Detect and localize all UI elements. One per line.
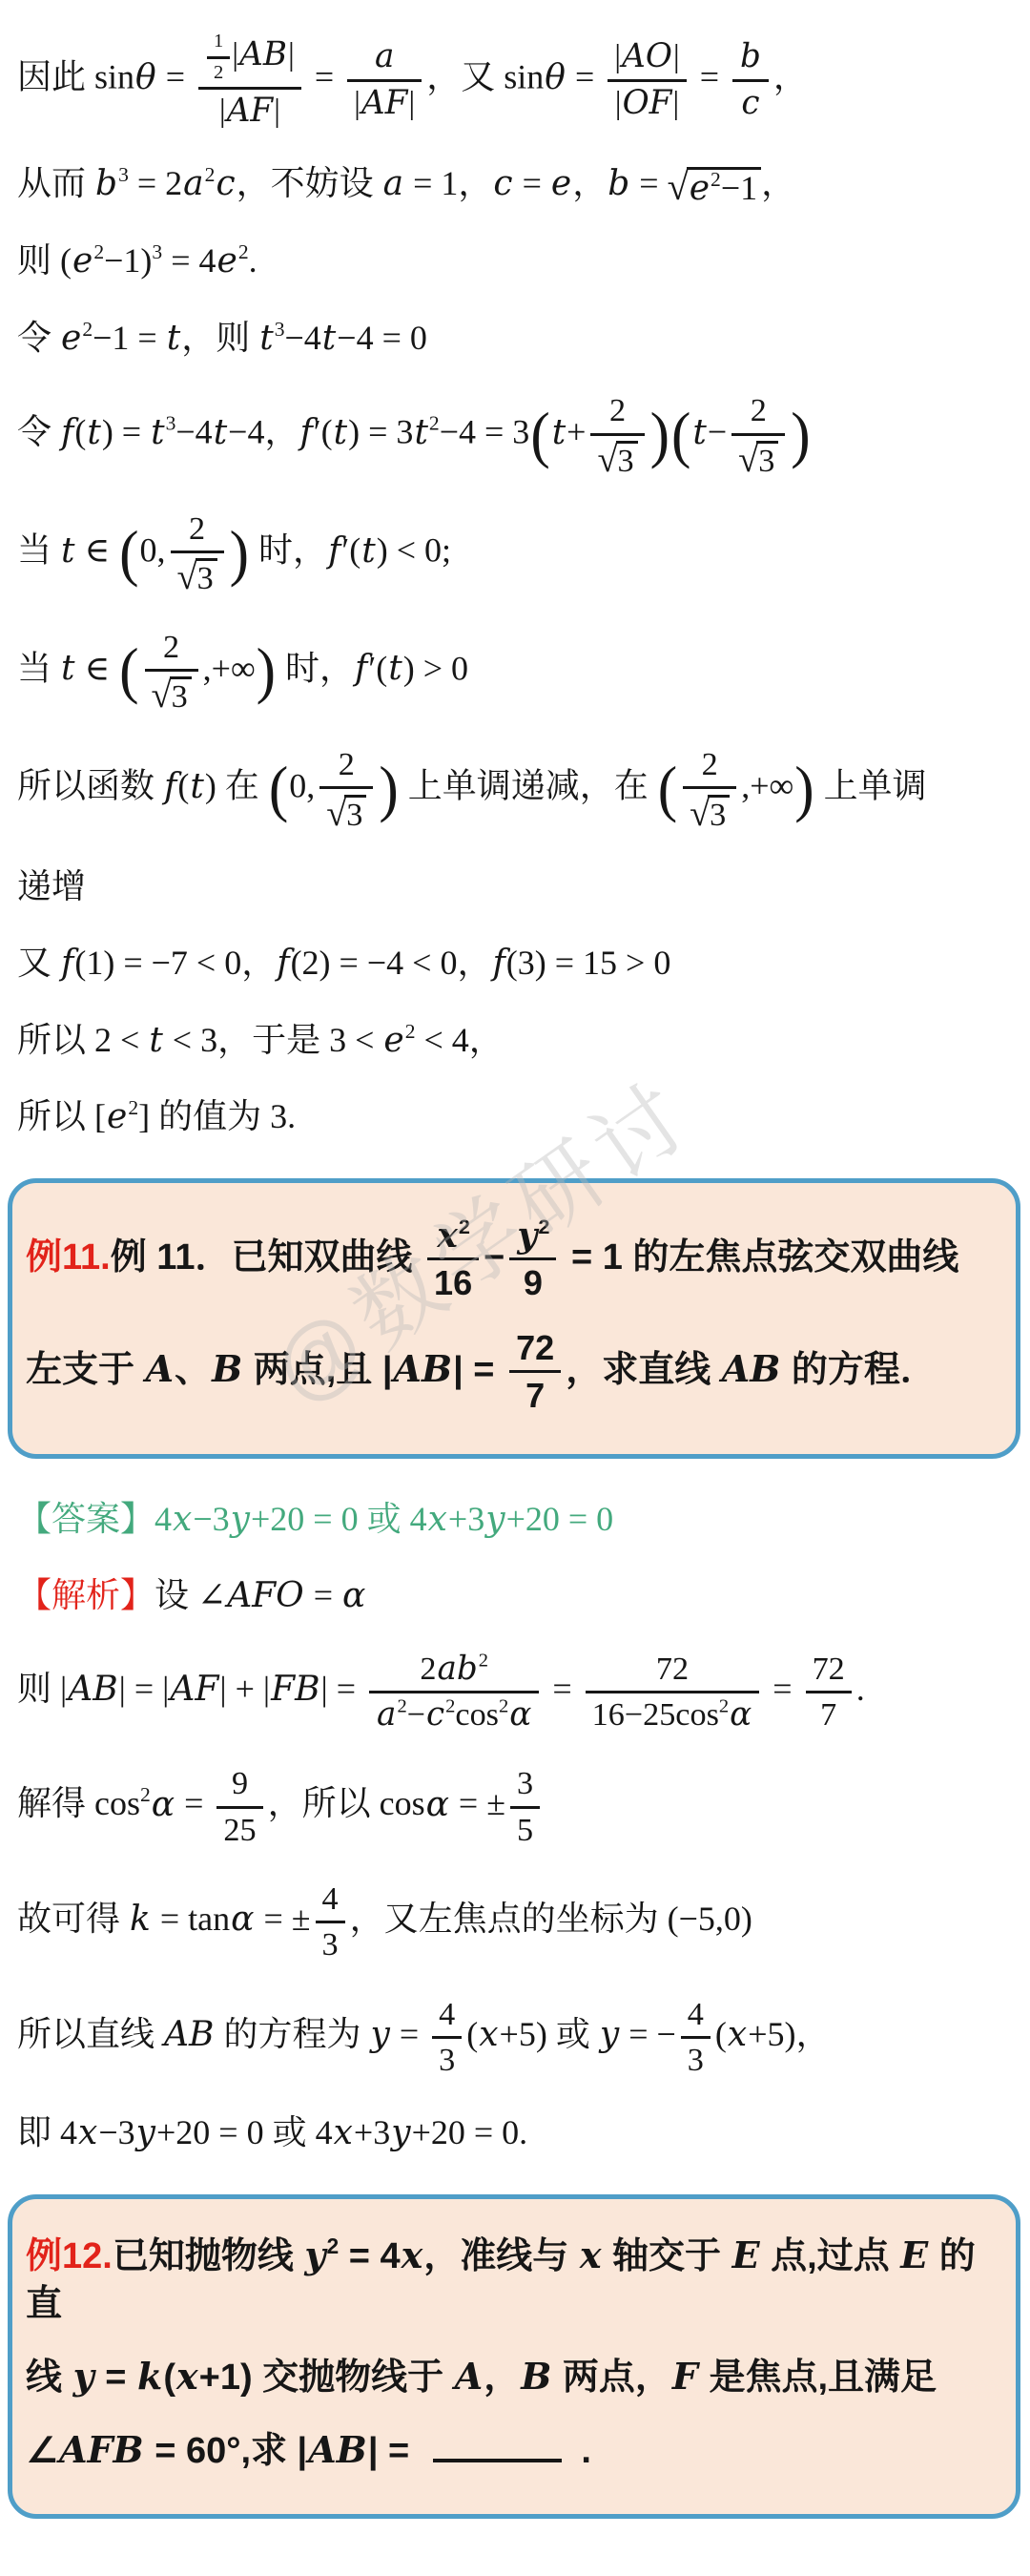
math-variable: t bbox=[166, 319, 181, 358]
text-run: = bbox=[544, 1670, 580, 1708]
fraction: 2√3 bbox=[731, 392, 785, 479]
math-variable: x bbox=[333, 2113, 354, 2152]
square-root: √3 bbox=[738, 441, 778, 479]
text-run: | + | bbox=[219, 1670, 270, 1708]
fraction-denominator: 5 bbox=[510, 1809, 540, 1849]
math-line: 当 t ∈ (2√3,+∞) 时，f′(t) > 0 bbox=[17, 629, 1011, 716]
math-line: 故可得 k = tanα = ±43，又左焦点的坐标为 (−5,0) bbox=[17, 1880, 1011, 1964]
text-run: 1 bbox=[214, 31, 223, 52]
math-variable: AB bbox=[238, 35, 288, 73]
fraction: 2ab2a2−c2cos2α bbox=[369, 1651, 539, 1735]
text-run: ] 的值为 3. bbox=[138, 1097, 296, 1135]
math-line: 则 |AB| = |AF| + |FB| = 2ab2a2−c2cos2α = … bbox=[17, 1651, 1011, 1735]
text-run: = bbox=[514, 164, 550, 202]
math-variable: t bbox=[148, 1021, 163, 1060]
fraction: 35 bbox=[510, 1765, 540, 1849]
superscript: 2 bbox=[238, 240, 249, 263]
fraction-denominator: |OF| bbox=[608, 82, 686, 122]
radical-sign: √ bbox=[177, 558, 197, 596]
math-variable: t bbox=[258, 319, 274, 358]
text-run: 例11. bbox=[26, 1237, 111, 1278]
text-run: 0, bbox=[289, 767, 315, 805]
math-variable: x bbox=[478, 2015, 499, 2054]
text-run: 已知抛物线 bbox=[113, 2236, 304, 2276]
math-variable: x bbox=[175, 2355, 199, 2398]
fraction-numerator: y2 bbox=[509, 1215, 556, 1261]
text-run: ， bbox=[572, 164, 607, 202]
text-run: 、 bbox=[175, 1350, 211, 1390]
math-variable: t bbox=[150, 413, 165, 452]
math-variable: k bbox=[129, 1900, 152, 1939]
math-variable: AO bbox=[621, 37, 673, 75]
math-variable: b bbox=[607, 164, 630, 203]
radical-sign: √ bbox=[597, 441, 617, 479]
math-variable: a bbox=[376, 1695, 397, 1734]
math-variable: E bbox=[731, 2233, 761, 2276]
math-variable: A bbox=[145, 1347, 175, 1390]
big-paren: ( bbox=[529, 405, 550, 467]
math-variable: e bbox=[106, 1097, 128, 1136]
big-paren: ( bbox=[657, 758, 678, 821]
text-run: 3 bbox=[346, 798, 362, 833]
square-root: √3 bbox=[326, 795, 366, 833]
fraction-numerator: 72 bbox=[586, 1651, 760, 1693]
text-run: = bbox=[691, 58, 728, 96]
math-variable: B bbox=[520, 2355, 552, 2398]
superscript: 3 bbox=[166, 412, 176, 435]
math-variable: t bbox=[551, 413, 566, 452]
text-run: (2) = −4 < 0， bbox=[291, 944, 492, 982]
text-run: 的方程为 bbox=[215, 2015, 369, 2053]
text-run: 2 bbox=[163, 630, 179, 665]
text-run: −4 = 0 bbox=[337, 319, 427, 357]
fraction-numerator: 1 bbox=[207, 31, 230, 59]
text-run: 3 bbox=[758, 444, 774, 479]
text-run: 则 | bbox=[17, 1670, 67, 1708]
math-variable: f bbox=[491, 944, 505, 983]
text-run: = 2 bbox=[129, 164, 182, 202]
text-run: 3 bbox=[439, 2043, 455, 2078]
fraction: 43 bbox=[432, 1996, 462, 2080]
math-variable: t bbox=[189, 767, 204, 806]
math-variable: f bbox=[60, 413, 74, 452]
big-paren: ) bbox=[649, 405, 670, 467]
text-run: ( bbox=[466, 2015, 478, 2053]
math-line: 【解析】设 ∠AFO = α bbox=[17, 1573, 1011, 1619]
math-line: 则 (e2−1)3 = 4e2. bbox=[17, 239, 1011, 284]
math-line: 例12.已知抛物线 y2 = 4x，准线与 x 轴交于 E 点,过点 E 的直 bbox=[26, 2232, 995, 2328]
fraction-numerator: x2 bbox=[427, 1215, 479, 1261]
text-run: < 4， bbox=[416, 1021, 504, 1059]
fraction: 2√3 bbox=[145, 629, 198, 716]
math-variable: e bbox=[216, 241, 238, 280]
text-run: = bbox=[175, 1785, 212, 1823]
text-run: | = bbox=[368, 2431, 420, 2471]
text-run: 0, bbox=[140, 531, 166, 570]
big-paren: ) bbox=[790, 405, 811, 467]
fraction-denominator: √3 bbox=[319, 789, 373, 832]
text-run: −4 bbox=[175, 413, 212, 451]
text-run: 线 bbox=[26, 2358, 72, 2398]
fraction-numerator: 4 bbox=[681, 1996, 711, 2039]
fraction-numerator: 72 bbox=[806, 1651, 852, 1693]
text-run: ,+∞ bbox=[741, 767, 793, 805]
text-run: 2 bbox=[189, 511, 205, 547]
superscript: 2 bbox=[128, 1096, 138, 1119]
text-run: 两点,且 | bbox=[243, 1350, 392, 1390]
superscript: 2 bbox=[140, 1784, 151, 1807]
math-line: 左支于 A、B 两点,且 |AB| = 727，求直线 AB 的方程． bbox=[26, 1328, 995, 1416]
text-run: +20 = 0 bbox=[506, 1500, 614, 1538]
big-paren: ) bbox=[256, 640, 277, 703]
text-run: 点,过点 bbox=[761, 2236, 900, 2276]
text-run: − bbox=[484, 1237, 505, 1278]
radical-sign: √ bbox=[152, 676, 172, 715]
math-variable: θ bbox=[544, 58, 566, 97]
text-run: ( bbox=[715, 2015, 727, 2053]
fraction: 727 bbox=[806, 1651, 852, 1735]
text-run: 4 bbox=[322, 1881, 339, 1917]
text-run: = 4 bbox=[162, 241, 216, 280]
text-run: −4， bbox=[228, 413, 299, 451]
text-run: 时， bbox=[277, 649, 354, 687]
text-run: ) < 0; bbox=[377, 531, 451, 570]
math-variable: e bbox=[550, 164, 572, 203]
fraction-denominator: a2−c2cos2α bbox=[369, 1693, 539, 1734]
text-run: 【解析】 bbox=[17, 1576, 154, 1614]
big-paren: ( bbox=[118, 522, 139, 585]
math-variable: c bbox=[425, 1695, 445, 1734]
square-root: √3 bbox=[152, 676, 192, 715]
text-run: 令 bbox=[17, 413, 60, 451]
math-variable: f bbox=[276, 944, 290, 983]
superscript: 3 bbox=[275, 318, 285, 341]
math-variable: y bbox=[369, 2015, 390, 2054]
text-run: −1) bbox=[104, 241, 152, 280]
fraction-numerator: |AO| bbox=[608, 38, 686, 81]
math-variable: x bbox=[427, 1500, 448, 1539]
text-run: cos bbox=[455, 1697, 499, 1733]
text-run: 所以 [ bbox=[17, 1097, 106, 1135]
math-variable: f bbox=[60, 944, 74, 983]
math-variable: y bbox=[390, 2113, 411, 2152]
text-run: 所以 2 < bbox=[17, 1021, 148, 1059]
math-variable: x bbox=[401, 2233, 424, 2276]
math-line: 所以直线 AB 的方程为 y = 43(x+5) 或 y = −43(x+5)， bbox=[17, 1996, 1011, 2080]
fraction: |AO||OF| bbox=[608, 38, 686, 122]
fraction: 12|AB||AF| bbox=[198, 31, 301, 130]
square-root: √3 bbox=[690, 795, 730, 833]
math-variable: t bbox=[387, 649, 402, 688]
text-run: 时， bbox=[250, 531, 327, 570]
text-run: 左支于 bbox=[26, 1350, 145, 1390]
text-run: +20 = 0. bbox=[412, 2113, 528, 2151]
text-run: 3 bbox=[688, 2043, 704, 2078]
text-run: | bbox=[219, 93, 226, 129]
text-run: 16 bbox=[434, 1263, 472, 1302]
example-11-box: 例11.例 11．已知双曲线 x216−y29 = 1 的左焦点弦交双曲线左支于… bbox=[8, 1178, 1020, 1459]
math-variable: F bbox=[671, 2355, 699, 2398]
fraction-denominator: √3 bbox=[731, 436, 785, 479]
text-run: 3 bbox=[517, 1766, 533, 1801]
text-run: ， bbox=[773, 58, 808, 96]
text-run: 所以直线 bbox=[17, 2015, 163, 2053]
math-variable: t bbox=[333, 413, 348, 452]
text-run: ) = bbox=[102, 413, 150, 451]
superscript: 2 bbox=[397, 1696, 406, 1717]
text-run: 3 bbox=[618, 444, 634, 479]
text-run: 令 bbox=[17, 319, 60, 357]
math-variable: f bbox=[299, 413, 313, 452]
math-variable: x bbox=[727, 2015, 748, 2054]
fraction-numerator: 9 bbox=[216, 1765, 262, 1808]
fraction: 43 bbox=[316, 1880, 345, 1964]
text-run: 2 bbox=[751, 393, 767, 428]
math-variable: t bbox=[360, 531, 376, 571]
text-run: = bbox=[630, 164, 667, 202]
big-paren: ) bbox=[793, 758, 814, 821]
fraction-numerator: 2 bbox=[171, 510, 224, 553]
superscript: 3 bbox=[118, 163, 129, 186]
superscript: 2 bbox=[711, 168, 721, 191]
fraction-denominator: 16 bbox=[427, 1260, 479, 1303]
math-variable: t bbox=[60, 531, 75, 571]
solution-example-11: 【答案】4x−3y+20 = 0 或 4x+3y+20 = 0【解析】设 ∠AF… bbox=[17, 1497, 1011, 2156]
radical-sign: √ bbox=[690, 795, 710, 833]
square-root: √3 bbox=[597, 441, 637, 479]
math-variable: y bbox=[599, 2015, 620, 2054]
math-variable: B bbox=[211, 1347, 243, 1390]
fraction-denominator: 7 bbox=[806, 1693, 852, 1734]
text-run: ( bbox=[163, 2358, 175, 2398]
text-run: | bbox=[408, 86, 415, 121]
math-variable: a bbox=[382, 164, 404, 203]
text-run: ， bbox=[484, 2358, 520, 2398]
document-body: 因此 sinθ = 12|AB||AF| = a|AF|，又 sinθ = |A… bbox=[0, 0, 1030, 2519]
radicand: 3 bbox=[616, 441, 638, 479]
fraction-denominator: 7 bbox=[509, 1373, 561, 1416]
text-run: 3 bbox=[710, 798, 726, 833]
fraction-numerator: 2ab2 bbox=[369, 1651, 539, 1693]
fraction: 43 bbox=[681, 1996, 711, 2080]
text-run: | bbox=[274, 93, 280, 129]
text-run: = bbox=[764, 1670, 800, 1708]
fraction: x216 bbox=[427, 1215, 479, 1303]
text-run: ，所以 cos bbox=[268, 1785, 425, 1823]
text-run: = bbox=[566, 58, 603, 96]
fraction-denominator: 16−25cos2α bbox=[586, 1693, 760, 1734]
superscript: 2 bbox=[479, 1650, 488, 1671]
math-variable: a bbox=[182, 164, 204, 203]
text-run: 解得 cos bbox=[17, 1785, 140, 1823]
math-line: 令 f(t) = t3−4t−4，f′(t) = 3t2−4 = 3(t+2√3… bbox=[17, 392, 1011, 479]
text-run: 2 bbox=[339, 747, 355, 782]
radicand: e2−1 bbox=[687, 167, 761, 207]
example-12-box: 例12.已知抛物线 y2 = 4x，准线与 x 轴交于 E 点,过点 E 的直线… bbox=[8, 2194, 1020, 2519]
math-variable: E bbox=[899, 2233, 929, 2276]
math-variable: A bbox=[454, 2355, 484, 2398]
fraction-numerator: 4 bbox=[316, 1880, 345, 1923]
radicand: 3 bbox=[170, 676, 192, 715]
math-variable: α bbox=[729, 1695, 752, 1734]
text-run: −3 bbox=[193, 1500, 229, 1538]
fraction-numerator: b bbox=[732, 38, 769, 81]
text-run: | bbox=[615, 86, 622, 121]
fraction-denominator: √3 bbox=[590, 436, 644, 479]
text-run: 72 bbox=[656, 1652, 689, 1687]
math-variable: OF bbox=[622, 84, 673, 122]
math-line: 当 t ∈ (0,2√3) 时，f′(t) < 0; bbox=[17, 510, 1011, 597]
math-line: 因此 sinθ = 12|AB||AF| = a|AF|，又 sinθ = |A… bbox=[17, 31, 1011, 130]
math-variable: f bbox=[327, 531, 341, 571]
text-run: 【答案】4 bbox=[17, 1500, 172, 1538]
superscript: 2 bbox=[538, 1215, 549, 1238]
fraction-denominator: 3 bbox=[316, 1923, 345, 1963]
math-variable: AF bbox=[226, 92, 274, 130]
text-run: | bbox=[288, 37, 295, 73]
math-variable: k bbox=[136, 2355, 163, 2398]
text-run: 例 11．已知双曲线 bbox=[111, 1237, 422, 1278]
text-run: = ± bbox=[450, 1785, 505, 1823]
text-run: +5) 或 bbox=[500, 2015, 599, 2053]
text-run: 2 bbox=[420, 1652, 436, 1687]
text-run: −4 = 3 bbox=[440, 413, 530, 451]
math-variable: e bbox=[382, 1021, 404, 1060]
fraction: 2√3 bbox=[171, 510, 224, 597]
math-variable: y bbox=[484, 1500, 505, 1539]
superscript: 3 bbox=[152, 240, 162, 263]
text-run: 所以函数 bbox=[17, 767, 163, 805]
fraction-denominator: √3 bbox=[145, 672, 198, 715]
text-run: 4 bbox=[439, 1997, 455, 2032]
text-run: −1 = bbox=[93, 319, 166, 357]
math-variable: AF bbox=[360, 84, 408, 122]
text-run: ，又 sin bbox=[426, 58, 544, 96]
text-run: < 3，于是 3 < bbox=[164, 1021, 383, 1059]
math-variable: e bbox=[689, 169, 711, 208]
fraction-numerator: 4 bbox=[432, 1996, 462, 2039]
fraction-numerator: 12|AB| bbox=[198, 31, 301, 90]
math-variable: f bbox=[354, 649, 368, 688]
math-variable: b bbox=[739, 37, 762, 75]
fraction: bc bbox=[732, 38, 769, 122]
text-run: 2 bbox=[214, 62, 223, 83]
math-variable: x bbox=[77, 2113, 98, 2152]
text-run: ，又左焦点的坐标为 (−5,0) bbox=[350, 1900, 752, 1938]
math-line: 即 4x−3y+20 = 0 或 4x+3y+20 = 0. bbox=[17, 2110, 1011, 2156]
fraction: 2√3 bbox=[319, 746, 373, 833]
fraction-denominator: 9 bbox=[509, 1260, 556, 1303]
text-run: 9 bbox=[232, 1766, 248, 1801]
math-variable: c bbox=[492, 164, 513, 203]
superscript: 2 bbox=[82, 318, 93, 341]
math-variable: c bbox=[740, 84, 760, 122]
text-run: = 4 bbox=[339, 2236, 400, 2276]
text-run: | = | bbox=[119, 1670, 170, 1708]
text-run: | = bbox=[321, 1670, 365, 1708]
text-run: = tan bbox=[152, 1900, 230, 1938]
text-run: +3 bbox=[354, 2113, 390, 2151]
math-variable: AB bbox=[307, 2428, 368, 2471]
superscript: 2 bbox=[499, 1696, 508, 1717]
math-variable: b bbox=[94, 164, 118, 203]
text-run: 7 bbox=[525, 1376, 545, 1415]
radical-sign: √ bbox=[668, 167, 689, 207]
fraction: y29 bbox=[509, 1215, 556, 1303]
text-run: ∠ bbox=[26, 2431, 58, 2471]
text-run: . bbox=[856, 1670, 865, 1708]
math-variable: e bbox=[60, 319, 82, 358]
text-run: 3 bbox=[172, 679, 188, 715]
math-variable: AFB bbox=[58, 2428, 145, 2471]
math-line: ∠AFB = 60°,求 |AB| = . bbox=[26, 2426, 995, 2475]
text-run: 两点， bbox=[552, 2358, 671, 2398]
text-run: . bbox=[571, 2431, 591, 2471]
math-variable: α bbox=[508, 1695, 532, 1734]
superscript: 2 bbox=[719, 1696, 729, 1717]
text-run: +3 bbox=[448, 1500, 484, 1538]
text-run: 2 bbox=[702, 747, 718, 782]
fraction: 727 bbox=[509, 1328, 561, 1416]
text-run: ) 在 bbox=[205, 767, 268, 805]
text-run: . bbox=[249, 241, 257, 280]
text-run: = − bbox=[620, 2015, 676, 2053]
text-run: 4 bbox=[688, 1997, 704, 2032]
text-run: ，准线与 bbox=[423, 2236, 579, 2276]
text-run: 当 bbox=[17, 531, 60, 570]
fraction-numerator: 72 bbox=[509, 1328, 561, 1374]
radicand: 3 bbox=[344, 795, 366, 833]
math-variable: t bbox=[213, 413, 228, 452]
big-paren: ) bbox=[229, 522, 250, 585]
math-variable: α bbox=[230, 1900, 255, 1939]
math-variable: t bbox=[60, 649, 75, 688]
text-run: 故可得 bbox=[17, 1900, 129, 1938]
fraction: 12 bbox=[207, 31, 230, 84]
text-run: ′( bbox=[368, 649, 387, 687]
fraction: 2√3 bbox=[683, 746, 736, 833]
math-line: 又 f(1) = −7 < 0，f(2) = −4 < 0，f(3) = 15 … bbox=[17, 941, 1011, 987]
big-paren: ( bbox=[268, 758, 289, 821]
big-paren: ( bbox=[118, 640, 139, 703]
big-paren: ( bbox=[670, 405, 691, 467]
text-run: ，求直线 bbox=[566, 1350, 721, 1390]
text-run: 2 bbox=[609, 393, 626, 428]
math-variable: e bbox=[72, 241, 93, 280]
text-run: 又 bbox=[17, 944, 60, 982]
text-run: | bbox=[672, 86, 679, 121]
math-variable: t bbox=[413, 413, 428, 452]
text-run: (1) = −7 < 0， bbox=[74, 944, 276, 982]
text-run: 递增 bbox=[17, 867, 86, 905]
text-run: = 60°,求 | bbox=[145, 2431, 308, 2471]
fraction-numerator: 2 bbox=[590, 392, 644, 435]
superscript: 2 bbox=[445, 1696, 455, 1717]
text-run: ′( bbox=[341, 531, 360, 570]
text-run: | bbox=[673, 39, 680, 74]
fraction: 925 bbox=[216, 1765, 262, 1849]
text-run: +20 = 0 或 4 bbox=[251, 1500, 427, 1538]
math-variable: x bbox=[579, 2233, 603, 2276]
math-line: 所以 2 < t < 3，于是 3 < e2 < 4， bbox=[17, 1018, 1011, 1064]
text-run: ∈ bbox=[75, 649, 118, 687]
fraction-numerator: 2 bbox=[319, 746, 373, 789]
math-line: 例11.例 11．已知双曲线 x216−y29 = 1 的左焦点弦交双曲线 bbox=[26, 1215, 995, 1303]
text-run: 上单调 bbox=[815, 767, 927, 805]
square-root: √3 bbox=[177, 558, 217, 596]
math-variable: t bbox=[321, 319, 337, 358]
text-run: 25 bbox=[223, 1813, 256, 1848]
